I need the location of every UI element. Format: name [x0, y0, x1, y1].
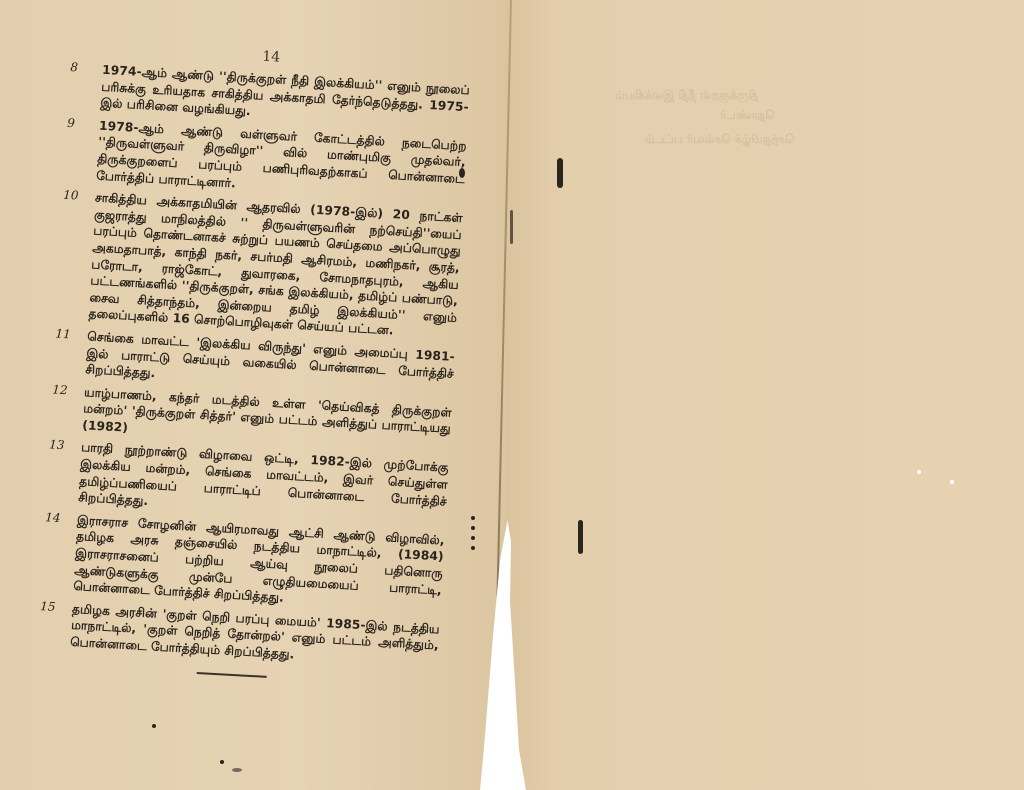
entry-number: 15 — [40, 599, 65, 614]
binding-hole — [510, 210, 513, 244]
ink-speck — [917, 470, 921, 474]
entry-number: 12 — [52, 382, 77, 397]
binding-hole — [471, 536, 475, 540]
entry-number: 8 — [70, 60, 95, 75]
entry-number: 9 — [67, 116, 92, 131]
ink-speck — [459, 168, 465, 178]
bleed-through-text: செந்தமிழ்ச் செல்வர் பட்டம் — [645, 132, 794, 148]
entry-text: பாரதி நூற்றாண்டு விழாவை ஒட்டி, 1982-இல் … — [78, 440, 449, 527]
binding-hole — [578, 520, 583, 554]
entry-text: இராசராச சோழனின் ஆயிரமாவது ஆட்சி ஆண்டு வி… — [73, 512, 445, 615]
ink-speck — [220, 760, 224, 764]
entry-number: 13 — [49, 438, 74, 453]
page-text-block: 14 8 1974-ஆம் ஆண்டு ''திருக்குறள் நீதி இ… — [37, 38, 471, 687]
binding-hole — [471, 526, 475, 530]
bleed-through-text: திருக்குறள் நீதி இலக்கியம் — [615, 88, 758, 104]
entry-number: 14 — [45, 510, 70, 525]
entry-number: 10 — [63, 188, 88, 203]
binding-hole — [471, 516, 475, 520]
ink-speck — [152, 724, 156, 728]
entry-text: சாகித்திய அக்காதமியின் ஆதரவில் (1978-இல்… — [88, 190, 463, 343]
left-page: 14 8 1974-ஆம் ஆண்டு ''திருக்குறள் நீதி இ… — [0, 0, 505, 790]
list-item: 10 சாகித்திய அக்காதமியின் ஆதரவில் (1978-… — [56, 188, 463, 343]
entry-text: 1978-ஆம் ஆண்டு வள்ளுவர் கோட்டத்தில் நடைப… — [96, 117, 467, 204]
bleed-through-text: தொண்டர் — [720, 108, 775, 124]
book-spread: 14 8 1974-ஆம் ஆண்டு ''திருக்குறள் நீதி இ… — [0, 0, 1024, 790]
end-rule-divider — [197, 672, 267, 678]
binding-hole — [557, 158, 563, 188]
right-page: திருக்குறள் நீதி இலக்கியம் தொண்டர் செந்த… — [505, 0, 1024, 790]
binding-hole — [471, 546, 475, 550]
ink-speck — [232, 768, 242, 772]
list-item: 14 இராசராச சோழனின் ஆயிரமாவது ஆட்சி ஆண்டு… — [41, 510, 445, 615]
ink-speck — [950, 480, 954, 484]
entry-number: 11 — [55, 326, 80, 341]
